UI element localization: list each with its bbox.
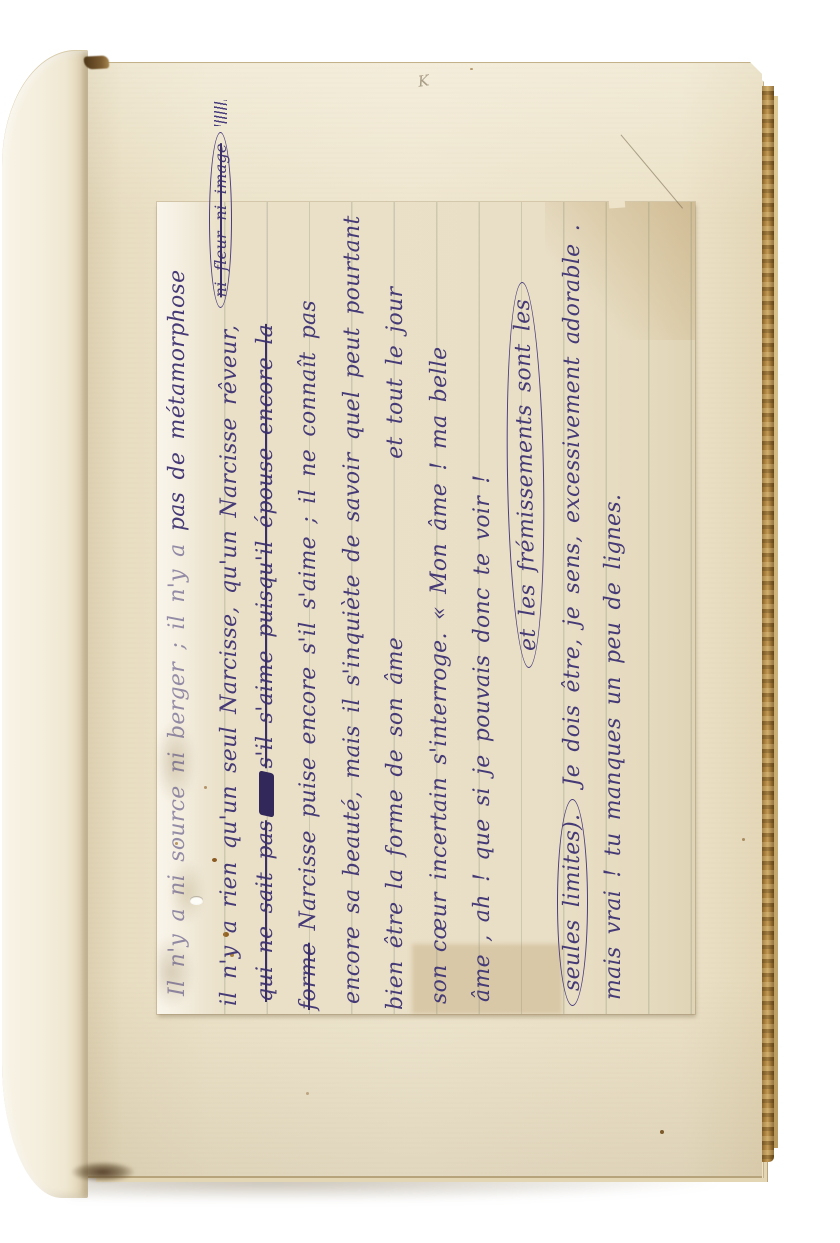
foxing-speck	[660, 1130, 664, 1134]
manuscript-line-segment: son cœur incertain s'interroge. « Mon âm…	[427, 347, 452, 1004]
manuscript-line: mais vrai ! tu manques un peu de lignes.	[601, 494, 626, 1000]
manuscript-line-segment: bien être la forme de son âme	[383, 637, 408, 1010]
manuscript-line-segment: Narcisse puise encore s'il s'aime ; il n…	[296, 300, 321, 943]
manuscript-line: Il n'y a ni source ni berger ; il n'y a …	[165, 270, 190, 996]
manuscript-line-segment: Il n'y a ni source ni berger ; il n'y a	[165, 543, 190, 996]
manuscript-line: qui ne sait pass'il s'aime puisqu'il épo…	[253, 324, 278, 1002]
manuscript-line-segment: il n'y a rien qu'un seul Narcisse, qu'un…	[217, 312, 242, 1006]
manuscript-line: bien être la forme de son âmeet tout le …	[383, 287, 408, 1010]
gutter-shadow-bottom	[72, 1162, 134, 1182]
manuscript-line: âme , ah ! que si je pouvais donc te voi…	[470, 475, 495, 1003]
left-page-curl	[2, 50, 88, 1198]
gilt-fore-edge-highlight	[774, 96, 778, 1148]
manuscript-line-segment: forme	[296, 943, 321, 1010]
foxing-speck	[470, 68, 473, 70]
manuscript-line: son cœur incertain s'interroge. « Mon âm…	[427, 347, 452, 1004]
manuscript-handwriting: Il n'y a ni source ni berger ; il n'y a …	[157, 202, 695, 1014]
foxing-speck	[742, 838, 745, 841]
manuscript-line-segment: ni fleur ni image	[209, 132, 232, 308]
manuscript-line-segment: s'il s'aime puisqu'il épouse encore la	[253, 324, 278, 768]
manuscript-line-segment: et tout le jour	[383, 287, 408, 459]
gutter-shadow-top	[84, 55, 110, 69]
manuscript-line: et les frémissements sont les	[507, 282, 544, 668]
gilt-fore-edge	[760, 86, 774, 1162]
manuscript-line: encore sa beauté, mais il s'inquiète de …	[340, 215, 365, 1004]
manuscript-line-segment: âme , ah ! que si je pouvais donc te voi…	[470, 475, 495, 1003]
photo-of-open-book: K Il n'y a ni source ni berger ; il n'y …	[0, 0, 840, 1243]
manuscript-line: forme Narcisse puise encore s'il s'aime …	[296, 300, 321, 1010]
manuscript-line-segment: encore sa beauté, mais il s'inquiète de …	[340, 215, 365, 1004]
manuscript-line-segment: seules limites).	[557, 799, 588, 1006]
manuscript-line-segment	[259, 771, 274, 818]
manuscript-line-segment: pas de métamorphose	[165, 270, 190, 544]
manuscript-line: il n'y a rien qu'un seul Narcisse, qu'un…	[209, 100, 242, 1006]
manuscript-line-segment	[214, 100, 227, 126]
manuscript-line-segment: Je dois être, je sens, excessivement ado…	[560, 224, 585, 799]
foxing-speck	[306, 1092, 309, 1095]
manuscript-line-segment: mais vrai ! tu manques un peu de lignes.	[601, 494, 626, 1000]
manuscript-line: seules limites). Je dois être, je sens, …	[557, 224, 588, 1006]
pencil-collation-mark: K	[417, 71, 431, 90]
manuscript-line-segment: et les frémissements sont les	[504, 282, 548, 669]
manuscript-line-segment: qui ne sait pas	[253, 820, 278, 1002]
